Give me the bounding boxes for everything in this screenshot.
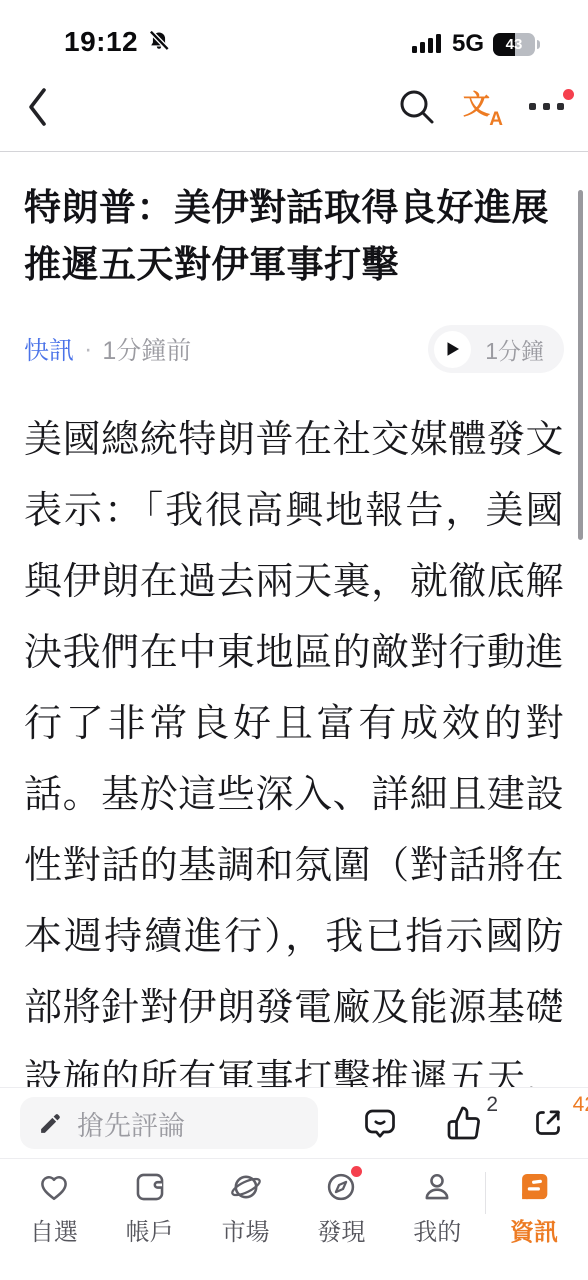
- tab-discover[interactable]: 發現: [293, 1169, 389, 1280]
- battery-percent: 43: [493, 33, 535, 56]
- tab-label: 自選: [30, 1212, 78, 1247]
- share-button[interactable]: 42: [530, 1105, 566, 1141]
- translate-icon[interactable]: 文 A: [463, 87, 503, 127]
- play-icon[interactable]: [434, 331, 471, 368]
- signal-bars-icon: [412, 33, 443, 55]
- nav-bar: 文 A: [0, 62, 588, 152]
- source-link[interactable]: 快訊: [24, 331, 74, 367]
- tab-bar: 自選 帳戶 市場: [0, 1158, 588, 1280]
- comment-input[interactable]: 搶先評論: [20, 1097, 318, 1149]
- battery-nub: [537, 40, 540, 49]
- back-button[interactable]: [24, 86, 52, 128]
- article-body: 美國總統特朗普在社交媒體發文表示：「我很高興地報告，美國與伊朗在過去兩天裏，就徹…: [24, 405, 564, 1186]
- comment-bar: 搶先評論 2 42: [0, 1087, 588, 1158]
- news-icon: [516, 1169, 552, 1205]
- tab-news[interactable]: 資訊: [486, 1169, 582, 1280]
- search-icon[interactable]: [397, 87, 437, 127]
- publish-time: 1分鐘前: [102, 331, 191, 367]
- tab-label: 市場: [222, 1212, 270, 1247]
- discover-badge-dot: [351, 1166, 362, 1177]
- tab-label: 帳戶: [126, 1212, 174, 1247]
- share-count: 42: [573, 1093, 588, 1117]
- bell-muted-icon: [146, 29, 172, 55]
- wallet-icon: [132, 1169, 168, 1205]
- notification-dot: [563, 89, 574, 100]
- globe-ring-icon: [228, 1169, 264, 1205]
- more-options-icon[interactable]: [529, 103, 564, 110]
- tab-label: 我的: [413, 1212, 461, 1247]
- clock: 19:12: [64, 26, 138, 58]
- news-article-screen: 19:12 5G: [0, 0, 588, 1280]
- pencil-icon: [38, 1111, 63, 1136]
- comment-placeholder: 搶先評論: [77, 1104, 185, 1143]
- audio-duration: 1分鐘: [485, 333, 544, 366]
- person-icon: [419, 1169, 455, 1205]
- like-count: 2: [486, 1093, 498, 1117]
- meta-separator: ·: [84, 335, 92, 364]
- article-meta: 快訊 · 1分鐘前 1分鐘: [24, 325, 564, 373]
- like-button[interactable]: 2: [446, 1105, 482, 1141]
- tab-accounts[interactable]: 帳戶: [102, 1169, 198, 1280]
- tab-markets[interactable]: 市場: [198, 1169, 294, 1280]
- tab-watchlist[interactable]: 自選: [6, 1169, 102, 1280]
- article-title: 特朗普：美伊對話取得良好進展 推遲五天對伊軍事打擊: [24, 179, 564, 293]
- network-type: 5G: [452, 30, 484, 58]
- scrollbar[interactable]: [578, 190, 583, 540]
- tab-label: 資訊: [510, 1212, 558, 1247]
- tab-label: 發現: [317, 1212, 365, 1247]
- status-bar: 19:12 5G: [0, 0, 588, 62]
- comments-button[interactable]: [362, 1105, 398, 1141]
- audio-player-button[interactable]: 1分鐘: [428, 325, 564, 373]
- heart-icon: [36, 1169, 72, 1205]
- tab-me[interactable]: 我的: [389, 1169, 485, 1280]
- compass-icon: [323, 1169, 359, 1205]
- battery-icon: 43: [493, 33, 535, 56]
